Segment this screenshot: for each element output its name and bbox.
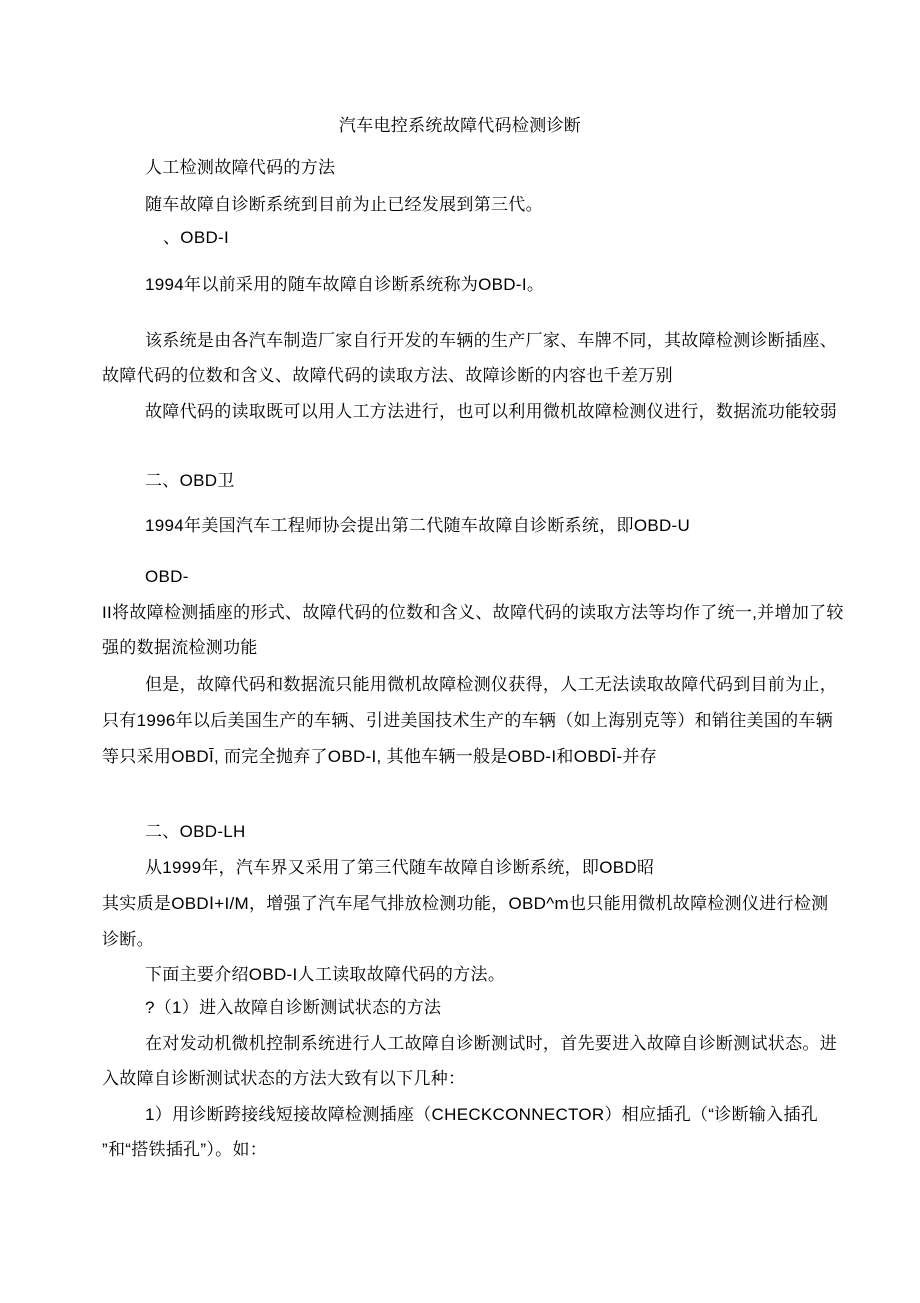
paragraph-line: 诊断。 — [102, 922, 154, 958]
document-title: 汽车电控系统故障代码检测诊断 — [0, 108, 920, 144]
paragraph-line: II将故障检测插座的形式、故障代码的位数和含义、故障代码的读取方法等均作了统一,… — [102, 595, 844, 631]
section-heading: 二、OBD卫 — [145, 463, 235, 499]
section-heading: 二、OBD-LH — [145, 814, 246, 850]
paragraph-line: 故障代码的读取既可以用人工方法进行，也可以利用微机故障检测仪进行，数据流功能较弱 — [145, 394, 837, 430]
paragraph-line: 只有1996年以后美国生产的车辆、引进美国技术生产的车辆（如上海别克等）和销往美… — [102, 703, 833, 739]
section-heading: 、OBD-I — [163, 220, 229, 256]
paragraph-line: 其实质是OBDⅠ+I/M，增强了汽车尾气排放检测功能，OBD^m也只能用微机故障… — [102, 886, 828, 922]
paragraph-line: OBD- — [145, 559, 189, 595]
paragraph-line: ”和“搭铁插孔”）。如： — [102, 1132, 267, 1168]
paragraph-line: 强的数据流检测功能 — [102, 630, 258, 666]
paragraph-line: 该系统是由各汽车制造厂家自行开发的车辆的生产厂家、车牌不同，其故障检测诊断插座、 — [145, 323, 837, 359]
paragraph-line: 下面主要介绍OBD-I人工读取故障代码的方法。 — [145, 957, 505, 993]
paragraph-line: 但是，故障代码和数据流只能用微机故障检测仪获得，人工无法读取故障代码到目前为止， — [145, 667, 837, 703]
paragraph-line: 等只采用OBDĪ, 而完全抛弃了OBD-I, 其他车辆一般是OBD-I和OBDĪ… — [102, 739, 657, 775]
paragraph-line: 在对发动机微机控制系统进行人工故障自诊断测试时，首先要进入故障自诊断测试状态。进 — [145, 1026, 837, 1062]
paragraph-line: 入故障自诊断测试状态的方法大致有以下几种： — [102, 1061, 465, 1097]
paragraph-line: 1994年以前采用的随车故障自诊断系统称为OBD-I。 — [145, 267, 544, 303]
paragraph-line: 从1999年，汽车界又采用了第三代随车故障自诊断系统，即OBD昭 — [145, 850, 654, 886]
paragraph-line: 1994年美国汽车工程师协会提出第二代随车故障自诊断系统，即OBD-U — [145, 508, 690, 544]
document-page: 汽车电控系统故障代码检测诊断人工检测故障代码的方法随车故障自诊断系统到目前为止已… — [0, 0, 920, 1303]
paragraph-line: 人工检测故障代码的方法 — [145, 150, 335, 186]
paragraph-line: 1）用诊断跨接线短接故障检测插座（CHECKCONNECTOR）相应插孔（“诊断… — [145, 1097, 818, 1133]
paragraph-line: 随车故障自诊断系统到目前为止已经发展到第三代。 — [145, 187, 543, 223]
paragraph-line: 故障代码的位数和含义、故障代码的读取方法、故障诊断的内容也千差万别 — [102, 358, 673, 394]
paragraph-line: ?（1）进入故障自诊断测试状态的方法 — [145, 990, 441, 1026]
